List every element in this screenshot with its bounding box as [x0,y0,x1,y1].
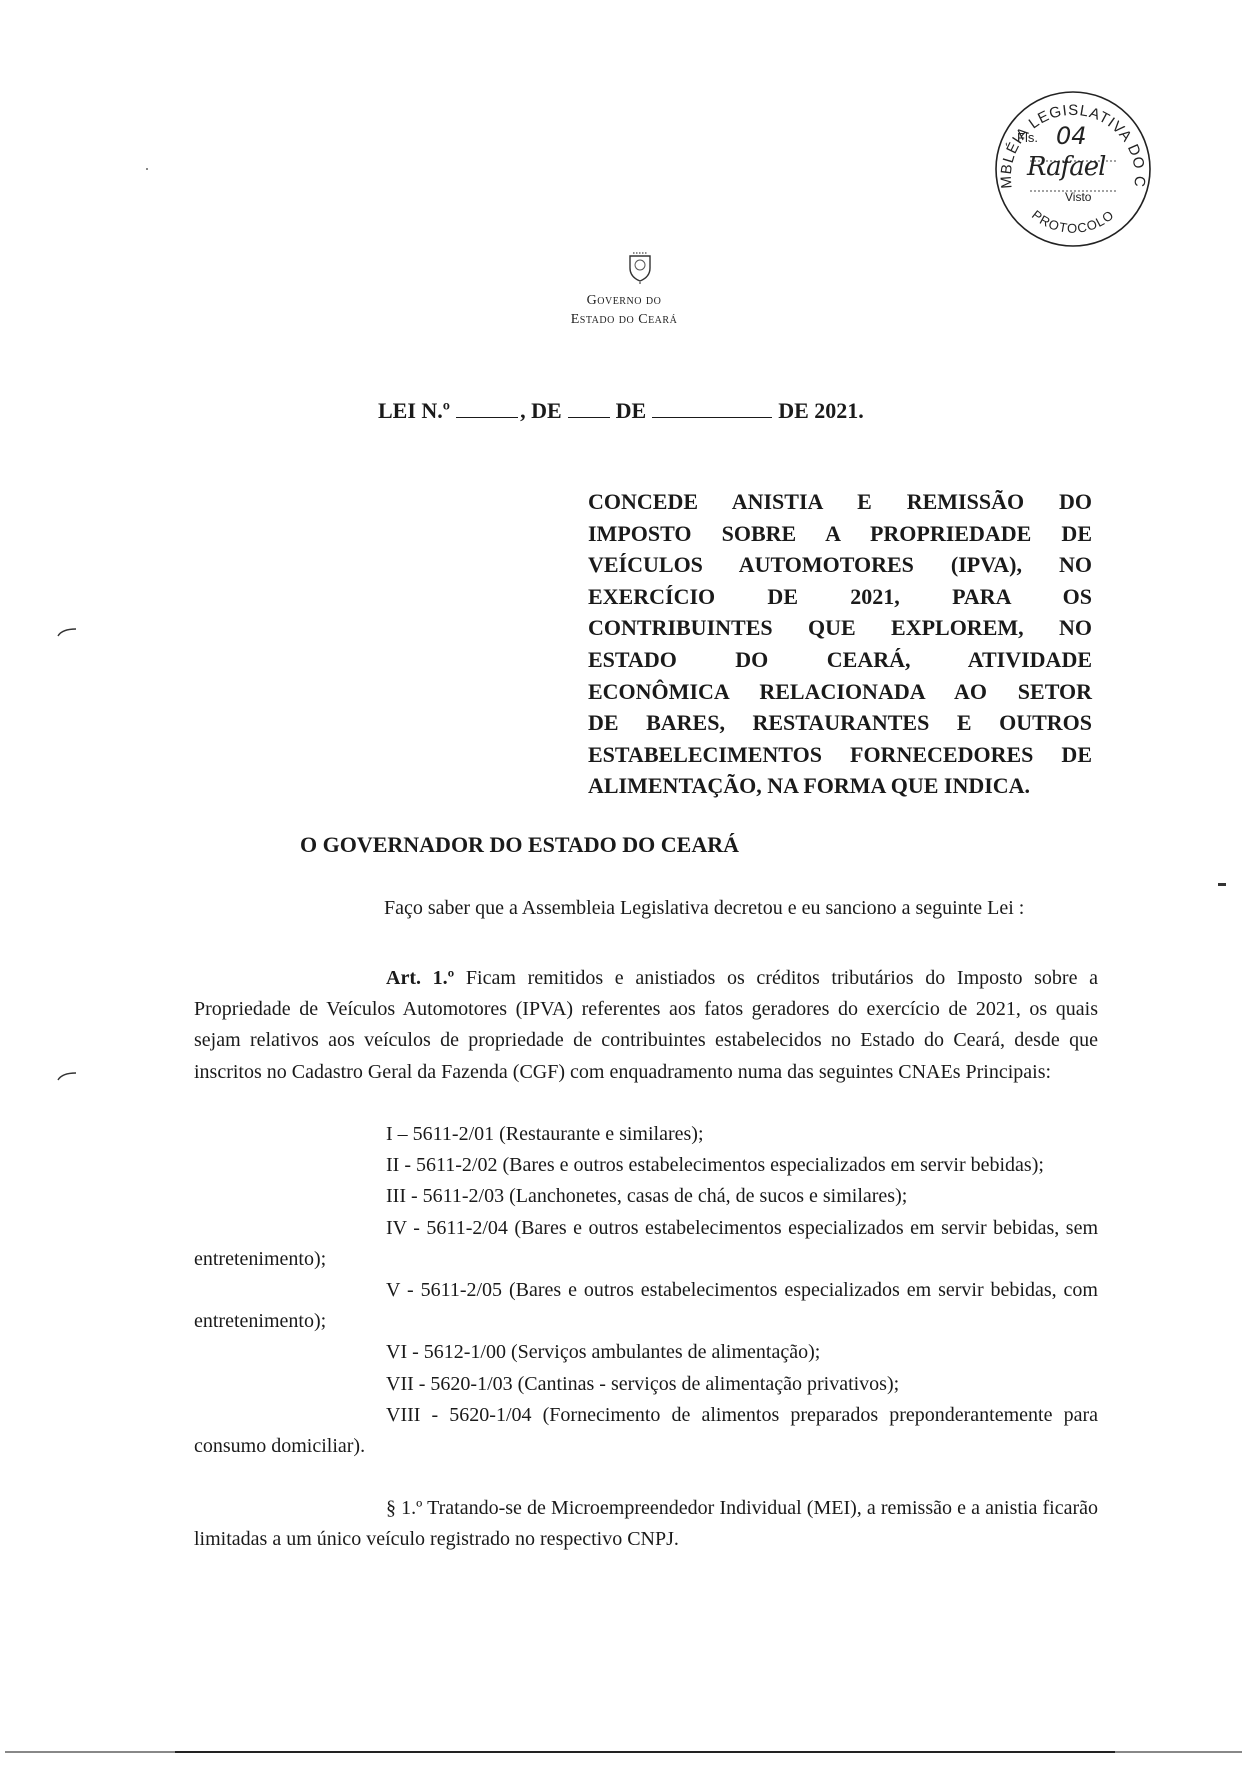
law-title-de2: DE [616,398,647,423]
cnae-list-item: IV - 5611-2/04 (Bares e outros estabelec… [194,1213,1098,1275]
punch-mark-icon [56,627,78,637]
cnae-list-item: VI - 5612-1/00 (Serviços ambulantes de a… [194,1337,1098,1368]
cnae-list-item: III - 5611-2/03 (Lanchonetes, casas de c… [194,1181,1098,1212]
scan-dot-mark [146,168,148,170]
law-day-blank [568,399,610,418]
cnae-list-item: V - 5611-2/05 (Bares e outros estabeleci… [194,1275,1098,1337]
summary-line: ESTADO DO CEARÁ, ATIVIDADE [588,644,1092,676]
footer-rule-dark [175,1751,1115,1753]
summary-line: VEÍCULOS AUTOMOTORES (IPVA), NO [588,549,1092,581]
stamp-fls-label: Fls. [1017,130,1038,145]
article-1-text: Ficam remitidos e anistiados os créditos… [194,967,1098,1083]
cnae-list-item: I – 5611-2/01 (Restaurante e similares); [194,1119,1098,1150]
summary-line: ESTABELECIMENTOS FORNECEDORES DE [588,739,1092,771]
stamp-signature: Rafael [1027,152,1106,182]
article-1-label: Art. 1.º [386,967,454,989]
document-page: ASSEMBLÉIA LEGISLATIVA DO CEARÁ PROTOCOL… [0,0,1247,1765]
law-title-suffix: DE 2021. [778,398,864,423]
summary-line: EXERCÍCIO DE 2021, PARA OS [588,581,1092,613]
law-summary: CONCEDE ANISTIA E REMISSÃO DO IMPOSTO SO… [588,486,1092,802]
coat-of-arms-icon [623,250,657,284]
government-name-line1: Governo do [500,293,748,309]
svg-text:PROTOCOLO: PROTOCOLO [1029,207,1117,236]
governor-heading: O GOVERNADOR DO ESTADO DO CEARÁ [300,832,739,858]
summary-line: CONCEDE ANISTIA E REMISSÃO DO [588,486,1092,518]
enactment-clause: Faço saber que a Assembleia Legislativa … [384,897,1024,920]
stamp-page-number: 04 [1056,122,1087,150]
law-month-blank [652,399,772,418]
article-1-paragraph-1: § 1.º Tratando-se de Microempreendedor I… [194,1493,1098,1555]
cnae-list-item: VIII - 5620-1/04 (Fornecimento de alimen… [194,1400,1098,1462]
government-name-line2: Estado do Ceará [500,312,748,328]
law-number-blank [456,399,518,418]
summary-line: ECONÔMICA RELACIONADA AO SETOR [588,676,1092,708]
summary-line: ALIMENTAÇÃO, NA FORMA QUE INDICA. [588,770,1092,802]
summary-line: CONTRIBUINTES QUE EXPLOREM, NO [588,612,1092,644]
cnae-list: I – 5611-2/01 (Restaurante e similares);… [194,1119,1098,1462]
cnae-list-item: II - 5611-2/02 (Bares e outros estabelec… [194,1150,1098,1181]
footer-rule [5,1751,1242,1753]
cnae-list-item: VII - 5620-1/03 (Cantinas - serviços de … [194,1369,1098,1400]
stamp-visto-label: Visto [1065,190,1091,204]
law-title-de1: , DE [520,398,562,423]
scan-dash-mark [1218,883,1226,886]
law-title: LEI N.º, DEDEDE 2021. [378,398,864,424]
law-title-prefix: LEI N.º [378,398,450,423]
punch-mark-icon [56,1071,78,1081]
article-1: Art. 1.º Ficam remitidos e anistiados os… [194,963,1098,1088]
summary-line: DE BARES, RESTAURANTES E OUTROS [588,707,1092,739]
summary-line: IMPOSTO SOBRE A PROPRIEDADE DE [588,518,1092,550]
